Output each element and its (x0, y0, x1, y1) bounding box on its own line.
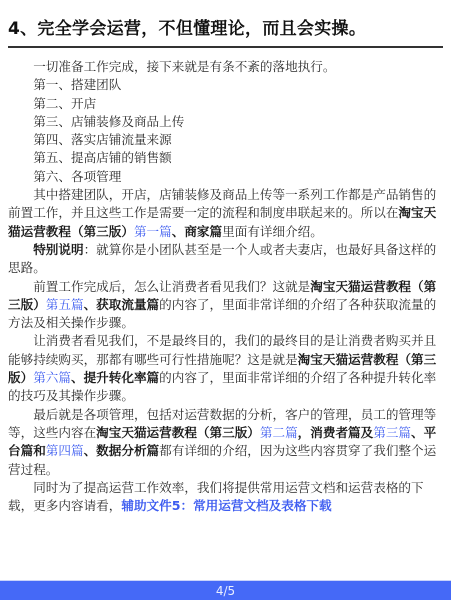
paragraph-conversion: 让消费者看见我们，不是最终目的，我们的最终目的是让消费者购买并且能够持续购买，那… (8, 332, 440, 405)
part-name: ，消费者篇及 (298, 425, 374, 440)
link-part-4[interactable]: 第四篇 (46, 443, 84, 458)
step-item: 第三、店铺装修及商品上传 (8, 113, 440, 131)
text: 前置工作完成后，怎么让消费者看见我们？这就是 (33, 279, 310, 294)
part-name: 、商家篇 (172, 224, 222, 239)
link-part-1[interactable]: 第一篇 (134, 224, 172, 239)
text: 里面有详细介绍。 (222, 224, 323, 239)
step-item: 第四、落实店铺流量来源 (8, 131, 440, 149)
book-title: 淘宝天猫运营教程（第三版） (96, 425, 260, 440)
link-part-2[interactable]: 第二篇 (260, 425, 298, 440)
heading-divider (8, 46, 443, 48)
paragraph-management: 最后就是各项管理，包括对运营数据的分析，客户的管理，员工的管理等等，这些内容在淘… (8, 406, 440, 479)
step-item: 第二、开店 (8, 95, 440, 113)
link-part-6[interactable]: 第六篇 (33, 370, 71, 385)
paragraph-download: 同时为了提高运营工作效率，我们将提供常用运营文档和运营表格的下载，更多内容请看，… (8, 479, 440, 516)
step-item: 第五、提高店铺的销售额 (8, 149, 440, 167)
part-name: 、获取流量篇 (84, 297, 160, 312)
part-name: 、数据分析篇 (84, 443, 160, 458)
paragraph-team: 其中搭建团队，开店，店铺装修及商品上传等一系列工作都是产品销售的前置工作，并且这… (8, 186, 440, 241)
step-item: 第一、搭建团队 (8, 76, 440, 94)
intro-text: 一切准备工作完成，接下来就是有条不紊的落地执行。 (8, 58, 440, 76)
text: 其中搭建团队，开店，店铺装修及商品上传等一系列工作都是产品销售的前置工作，并且这… (8, 187, 436, 220)
link-part-3[interactable]: 第三篇 (373, 425, 411, 440)
special-note: 特别说明：就算你是小团队甚至是一个人或者夫妻店，也最好具备这样的思路。 (8, 241, 440, 278)
paragraph-traffic: 前置工作完成后，怎么让消费者看见我们？这就是淘宝天猫运营教程（第三版）第五篇、获… (8, 278, 440, 333)
document-body: 一切准备工作完成，接下来就是有条不紊的落地执行。 第一、搭建团队 第二、开店 第… (8, 58, 440, 515)
page-indicator: 4/5 (0, 580, 451, 600)
download-link[interactable]: 辅助文件5：常用运营文档及表格下载 (121, 498, 331, 513)
note-label: 特别说明 (33, 242, 83, 257)
section-heading: 4、完全学会运营，不但懂理论，而且会实操。 (8, 14, 443, 39)
step-item: 第六、各项管理 (8, 168, 440, 186)
link-part-5[interactable]: 第五篇 (46, 297, 84, 312)
part-name: 、提升转化率篇 (71, 370, 159, 385)
